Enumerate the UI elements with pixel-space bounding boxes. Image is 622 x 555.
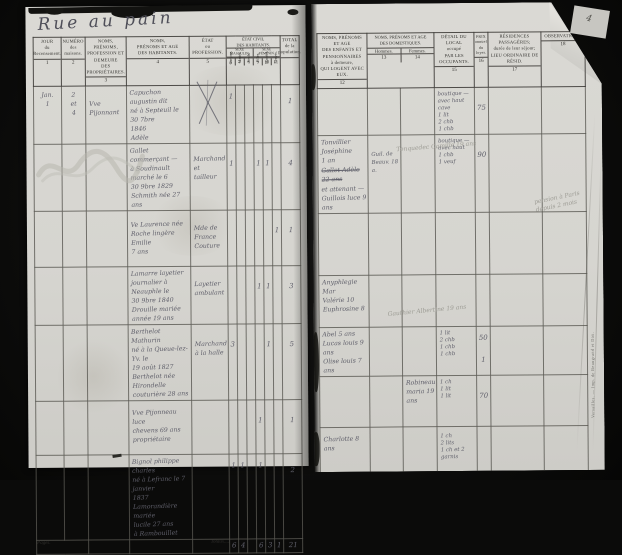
table-row: Abel 5 ans Lucas louis 9 ans Olise louis… xyxy=(319,326,587,377)
cell-prix: 501 xyxy=(476,326,490,375)
handwritten-entry: Vve Pijonnant xyxy=(86,86,127,119)
col-header-domestiques: NOMS, PRÉNOMS ET AGE DES DOMESTIQUES. Ho… xyxy=(367,33,434,89)
col-header-numero: NUMÉRO des maisons.2 xyxy=(61,37,85,86)
cell-habitants: Lamarre layetier journalier à Neauphle l… xyxy=(128,266,191,324)
col-header-proprietaires: NOMS, PRÉNOMS, PROFESSION ET DEMEURE DES… xyxy=(85,37,126,86)
table-row: Jan. 1 2 et 4 Vve Pijonnant Capuchon aug… xyxy=(33,85,299,145)
col-header-jour: JOUR du Recensement.1 xyxy=(33,37,61,86)
cell-mark xyxy=(244,85,253,143)
table-row xyxy=(318,212,586,276)
cell-femmes xyxy=(401,213,436,275)
cell-pensionnaires: Tonvillier Joséphine 1 an Gallet Adèle 2… xyxy=(318,136,369,214)
cell-observations xyxy=(544,375,588,426)
cell-femmes xyxy=(402,327,436,376)
table-row: Robineau maria 19 ans 1 ch 1 lit 1 lit 7… xyxy=(320,375,588,428)
handwritten-entry: 1 ch 1 lit 1 lit xyxy=(437,376,477,401)
cell-jour xyxy=(36,401,64,455)
ink-cross xyxy=(192,80,224,126)
cell-total: 2 xyxy=(283,453,303,480)
cell-total: 3 xyxy=(282,265,301,323)
cell-residences xyxy=(490,274,543,326)
cell-mark xyxy=(246,266,255,324)
scan-background: 4 Rue au pain JOUR du Recensement.1 NUMÉ… xyxy=(0,0,622,480)
handwritten-entry: Layetier ambulant xyxy=(191,266,228,299)
cell-observations xyxy=(541,87,585,134)
col-header-pensionnaires: NOMS, PRÉNOMS ET AGE DES ENFANTS ET PENS… xyxy=(317,33,367,89)
table-row: Bignol philippe charles né à Lefranc le … xyxy=(36,453,303,480)
cell-mark xyxy=(236,210,245,266)
census-table-right: NOMS, PRÉNOMS ET AGE DES ENFANTS ET PENS… xyxy=(316,31,589,480)
cell-jour xyxy=(35,325,64,401)
cell-habitants: Capuchon augustin dit né à Septeuil le 3… xyxy=(126,85,189,143)
handwritten-entry: Berthelot Mathurin né à la Queue-lez-Yv.… xyxy=(128,324,192,401)
cell-residences xyxy=(489,212,542,274)
handwritten-entry: Bignol philippe charles né à Lefranc le … xyxy=(129,454,193,480)
cell-femmes xyxy=(403,427,437,480)
handwritten-entry: 2 et 4 xyxy=(62,86,86,119)
handwritten-entry: Jan. 1 xyxy=(34,87,62,111)
cell-observations xyxy=(544,426,588,480)
cell-mark xyxy=(254,210,263,266)
cell-jour xyxy=(34,211,62,267)
cell-total: 1 xyxy=(283,399,302,453)
cell-mark xyxy=(253,85,262,143)
handwritten-entry: Tonvillier Joséphine 1 an xyxy=(318,135,368,166)
cell-mark xyxy=(229,400,238,454)
cell-mark: 1 xyxy=(254,143,263,210)
handwritten-entry: 1 lit 2 chb 1 chb 1 chb xyxy=(436,327,476,359)
cell-proprietaire xyxy=(87,267,128,325)
cell-mark xyxy=(227,210,236,266)
cell-mark xyxy=(265,399,274,453)
cell-femmes xyxy=(400,88,434,135)
cell-prix xyxy=(475,212,489,274)
cell-mark xyxy=(237,266,246,324)
cell-proprietaire xyxy=(88,400,129,454)
cell-total: 4 xyxy=(281,143,300,210)
cell-mark: 1 xyxy=(272,210,281,266)
cell-residences xyxy=(491,375,544,426)
handwritten-entry: Marchand à la halle xyxy=(191,324,228,359)
cell-total: 1 xyxy=(280,85,299,143)
header-row: NOMS, PRÉNOMS ET AGE DES ENFANTS ET PENS… xyxy=(317,31,585,88)
table-row: Lamarre layetier journalier à Neauphle l… xyxy=(35,265,301,325)
cell-total: 5 xyxy=(282,323,302,399)
cell-hommes xyxy=(369,327,402,376)
handwritten-entry: boutique — avec haut cave 1 lit 2 chb 1 … xyxy=(434,88,474,134)
cell-mark xyxy=(263,210,272,266)
col-header-habitants: NOMS, PRÉNOMS ET AGE DES HABITANTS.4 xyxy=(126,36,189,86)
col-header-local: DÉTAIL DU LOCAL occupé PAR LES OCCUPANTS… xyxy=(434,32,474,88)
cell-profession: Marchand et tailleur xyxy=(190,143,227,210)
cell-pensionnaires: Charlotte 8 ans xyxy=(320,427,370,480)
table-row: boutique — avec haut cave 1 lit 2 chb 1 … xyxy=(317,87,585,136)
col-header-observations: OBSERVATIONS.18 xyxy=(541,31,585,87)
cell-local: boutique — avec haut cave 1 lit 2 chb 1 … xyxy=(434,88,474,135)
cell-pensionnaires xyxy=(320,376,370,427)
cell-mark: 1 xyxy=(263,143,272,210)
cell-profession: Mde de France Couture xyxy=(190,210,227,266)
cell-numero xyxy=(63,325,88,401)
cell-total: 1 xyxy=(281,209,300,265)
cell-prix xyxy=(476,274,490,326)
cell-residences xyxy=(491,426,544,480)
cell-mark: 1 xyxy=(256,400,265,454)
handwritten-entry-struck: Gallet Adèle 22 ans xyxy=(318,165,368,185)
handwritten-entry: Lamarre layetier journalier à Neauphle l… xyxy=(128,266,192,325)
cell-numero xyxy=(62,211,86,267)
cell-numero xyxy=(64,401,88,455)
handwritten-entry: Anyphlegie Mar Valérie 10 Euphrosine 8 xyxy=(319,275,369,315)
cell-prix: 90 xyxy=(475,135,490,213)
cell-proprietaire xyxy=(88,454,130,480)
cell-local xyxy=(435,213,475,275)
ink-blotch xyxy=(287,9,298,15)
cell-proprietaire xyxy=(87,325,129,401)
cell-profession: Marchand à la halle xyxy=(191,324,229,400)
table-row: Ve Laurence née Roche lingère Emilie 7 a… xyxy=(34,209,300,267)
col-header-prix: PRIX annuel du loyer.16 xyxy=(474,32,488,87)
cell-mark xyxy=(245,210,254,266)
handwritten-entry: Ve Laurence née Roche lingère Emilie 7 a… xyxy=(127,210,190,258)
table-row: Berthelot Mathurin né à la Queue-lez-Yv.… xyxy=(35,323,302,401)
cell-mark xyxy=(271,85,280,143)
table-row: Anyphlegie Mar Valérie 10 Euphrosine 8 xyxy=(319,274,587,328)
cell-habitants: Berthelot Mathurin né à la Queue-lez-Yv.… xyxy=(128,324,192,400)
cell-local: 1 ch 1 lit 1 lit xyxy=(437,375,477,426)
cell-prix: 70 xyxy=(477,375,491,426)
cell-femmes: Robineau maria 19 ans xyxy=(403,376,437,427)
cell-prix: 75 xyxy=(474,88,488,135)
cell-numero xyxy=(64,455,89,480)
col-header-total: TOTAL de la population. xyxy=(280,36,299,85)
cell-pensionnaires xyxy=(317,89,367,136)
cell-hommes xyxy=(369,275,402,327)
cell-hommes xyxy=(370,427,403,480)
cell-habitants: Vve Pijonneau luce chevens 69 ans propri… xyxy=(129,400,192,454)
handwritten-entry: 1 ch 2 lits 1 ch et 2 garnis xyxy=(437,427,477,462)
handwritten-entry: Robineau maria 19 ans xyxy=(403,376,437,407)
cell-prix xyxy=(477,426,491,480)
cell-local xyxy=(436,275,476,327)
col-header-profession: ÉTAT ou PROFESSION.5 xyxy=(189,36,226,85)
cell-profession xyxy=(192,454,230,480)
cell-mark xyxy=(245,143,254,210)
cell-mark: 1 xyxy=(227,143,236,210)
handwritten-entry: et attenant — Guillois luce 9 ans xyxy=(318,184,368,213)
header-row: JOUR du Recensement.1 NUMÉRO des maisons… xyxy=(33,36,299,87)
col-header-etat-civil: ÉTAT CIVIL DES HABITANTS. SEXE MASCULIN.… xyxy=(226,36,280,86)
cell-mark xyxy=(273,266,282,324)
census-table-left: JOUR du Recensement.1 NUMÉRO des maisons… xyxy=(33,35,304,480)
handwritten-entry: Charlotte 8 ans xyxy=(320,427,370,454)
table-row: Vve Pijonneau luce chevens 69 ans propri… xyxy=(36,399,302,455)
pencil-scribble xyxy=(34,142,146,193)
cell-numero xyxy=(63,267,87,325)
cell-pensionnaires: Anyphlegie Mar Valérie 10 Euphrosine 8 xyxy=(319,275,369,327)
right-page: NOMS, PRÉNOMS ET AGE DES ENFANTS ET PENS… xyxy=(311,2,605,472)
cell-mark: 1 xyxy=(226,85,235,143)
cell-observations xyxy=(542,212,586,274)
col-header-residences: RÉSIDENCES PASSAGÈRES; durée de leur séj… xyxy=(488,32,541,88)
cell-mark xyxy=(272,143,282,210)
cell-hommes xyxy=(368,213,401,275)
cell-mark xyxy=(235,85,244,143)
cell-mark xyxy=(247,400,256,454)
cell-residences xyxy=(490,326,543,375)
handwritten-entry: Abel 5 ans Lucas louis 9 ans Olise louis… xyxy=(319,327,369,376)
cell-pensionnaires xyxy=(318,213,368,275)
cell-pensionnaires: Abel 5 ans Lucas louis 9 ans Olise louis… xyxy=(319,327,369,376)
handwritten-entry: Mde de France Couture xyxy=(190,210,227,252)
cell-habitants: Ve Laurence née Roche lingère Emilie 7 a… xyxy=(127,210,190,266)
cell-observations xyxy=(543,274,587,326)
handwritten-entry: Vve Pijonneau luce chevens 69 ans propri… xyxy=(129,400,192,446)
cell-hommes xyxy=(370,376,403,427)
table-row: Charlotte 8 ans 1 ch 2 lits 1 ch et 2 ga… xyxy=(320,426,588,480)
cell-observations xyxy=(543,326,587,375)
cell-proprietaire: Vve Pijonnant xyxy=(85,86,126,144)
cell-hommes xyxy=(367,88,400,135)
cell-mark xyxy=(228,266,237,324)
cell-mark: 1 xyxy=(255,266,264,324)
left-page: Rue au pain JOUR du Recensement.1 NUMÉRO… xyxy=(25,5,308,468)
cell-mark: 1 xyxy=(264,266,273,324)
cell-mark xyxy=(274,399,283,453)
handwritten-entry: Capuchon augustin dit né à Septeuil le 3… xyxy=(126,85,190,144)
cell-mark xyxy=(236,143,245,210)
cell-mark xyxy=(262,85,271,143)
cell-residences xyxy=(488,87,541,134)
handwritten-entry: Guil. de Beauv. 18 a. xyxy=(368,135,401,175)
cell-local: 1 lit 2 chb 1 chb 1 chb xyxy=(436,327,476,376)
printer-imprint: Versailles. — Imp. de Beaugrand et Dax. xyxy=(590,332,596,418)
cell-numero: 2 et 4 xyxy=(61,86,85,144)
cell-local: 1 ch 2 lits 1 ch et 2 garnis xyxy=(437,426,477,480)
cell-habitants: Bignol philippe charles né à Lefranc le … xyxy=(129,454,193,480)
cell-jour xyxy=(36,455,65,480)
edge-blot xyxy=(311,64,316,90)
cell-femmes xyxy=(402,275,436,327)
cell-profession xyxy=(192,400,229,454)
cell-profession: Layetier ambulant xyxy=(191,266,228,324)
cell-mark xyxy=(238,400,247,454)
cell-jour: Jan. 1 xyxy=(33,86,61,144)
handwritten-entry: Marchand et tailleur xyxy=(190,143,227,183)
cell-proprietaire xyxy=(86,211,127,267)
cell-jour xyxy=(35,267,63,325)
